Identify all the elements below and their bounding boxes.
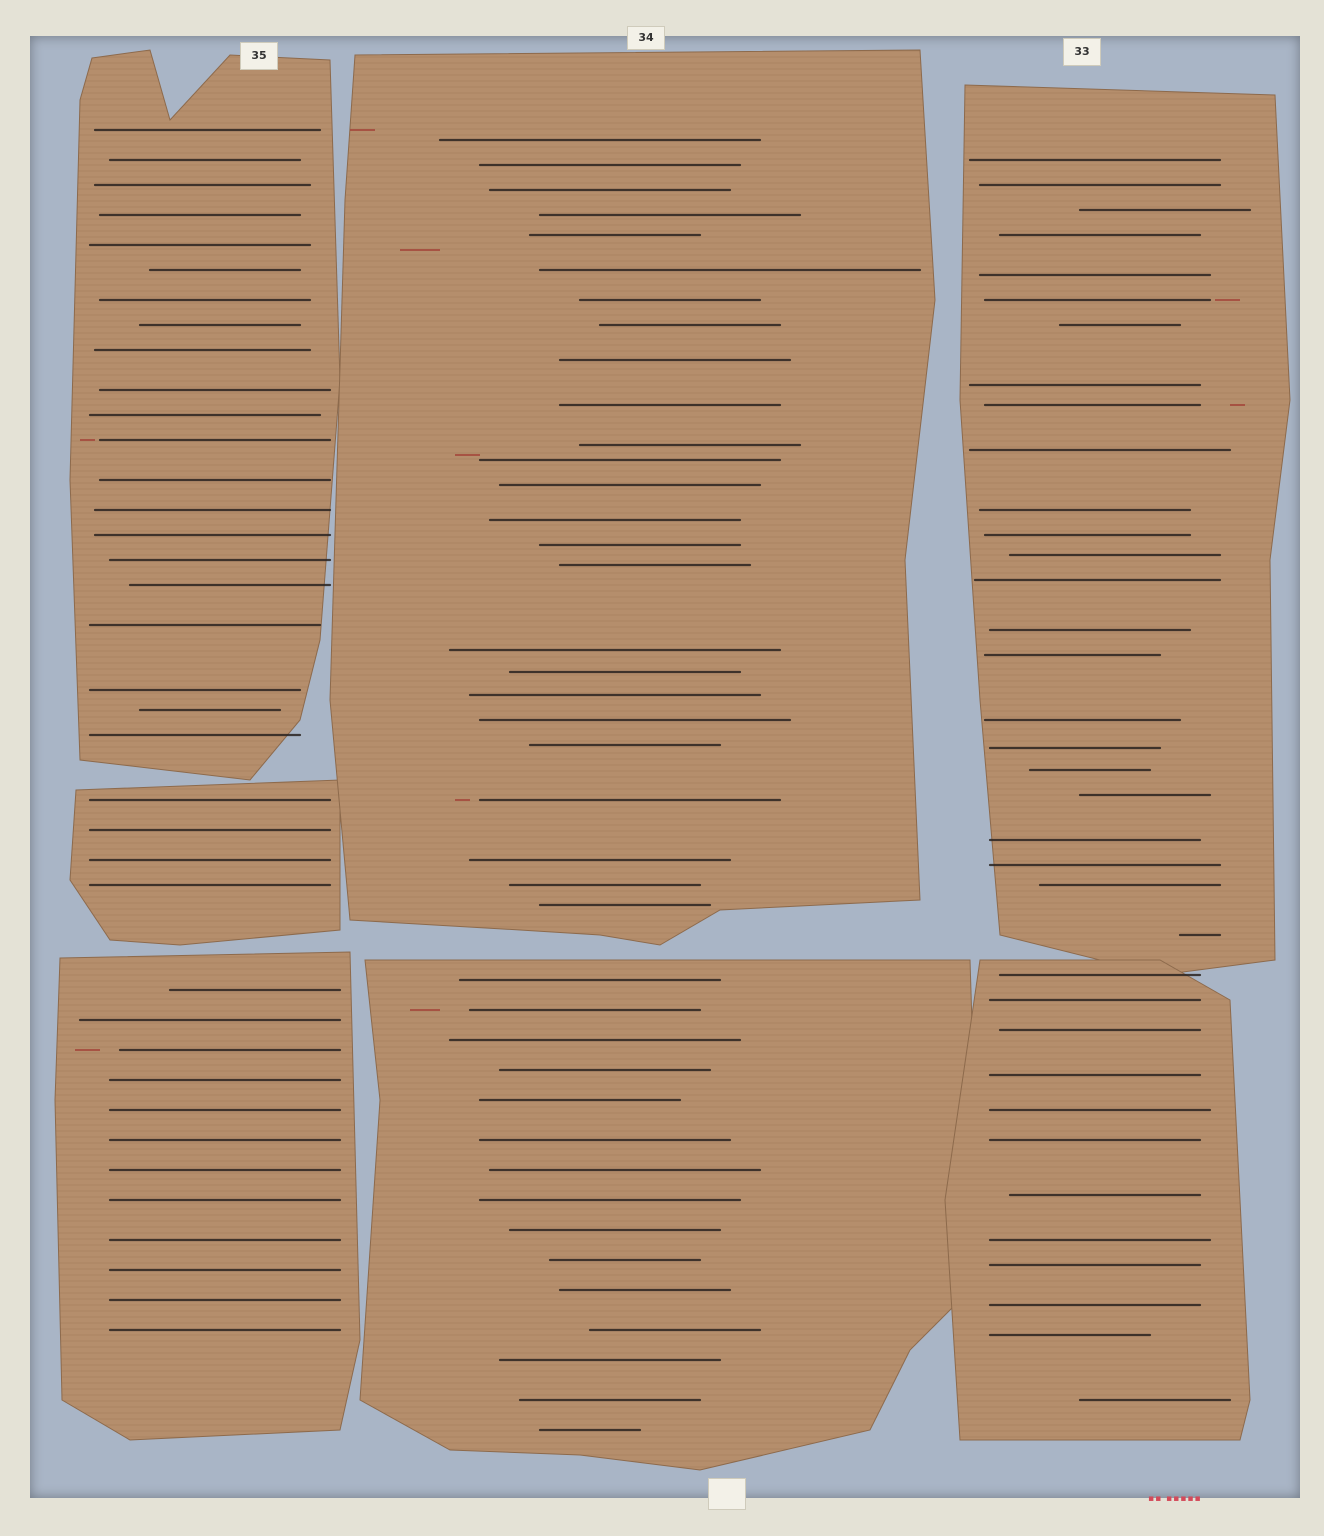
papyrus-photo: 35 34 33 ▪▪ ▪▪▪▪▪	[0, 0, 1324, 1536]
papyrus-fragments	[0, 0, 1324, 1536]
sheet-label-35: 35	[240, 42, 278, 70]
bottom-label	[708, 1478, 746, 1510]
accession-mark: ▪▪ ▪▪▪▪▪	[1148, 1494, 1202, 1504]
sheet-label-34: 34	[627, 26, 665, 50]
sheet-label-33: 33	[1063, 38, 1101, 66]
